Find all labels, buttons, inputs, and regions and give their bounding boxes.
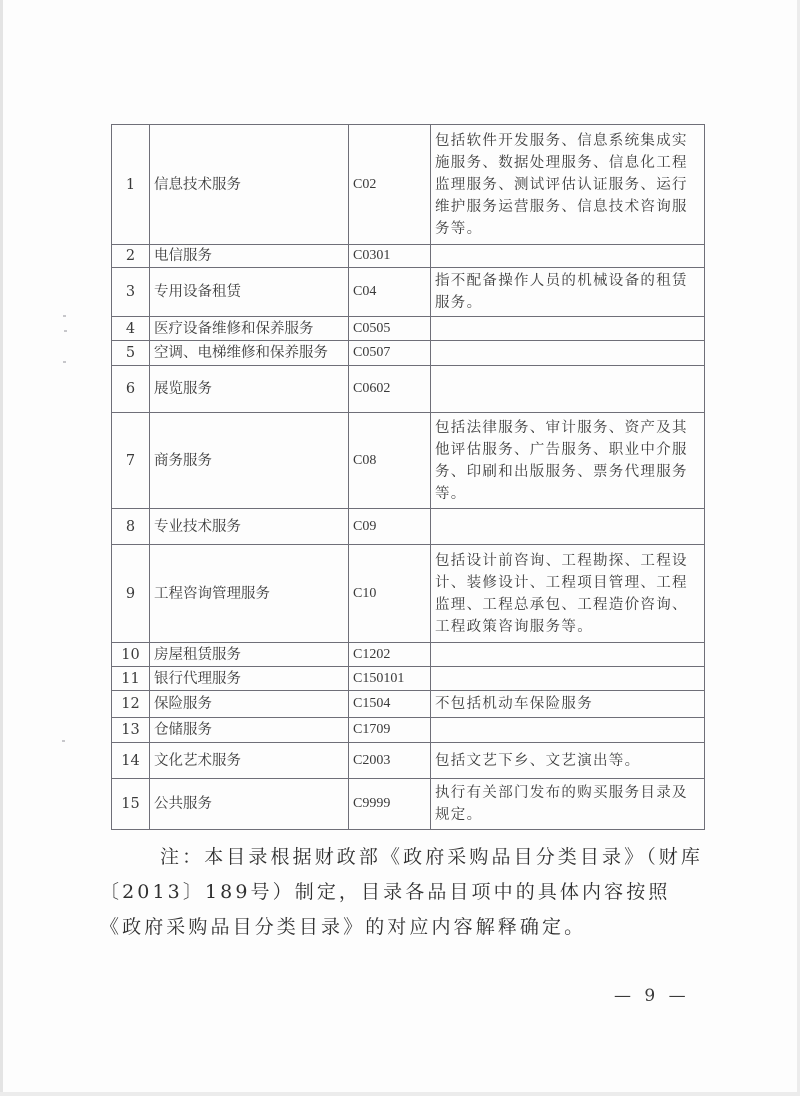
table-row: 7 商务服务 C08 包括法律服务、审计服务、资产及其他评估服务、广告服务、职业…	[112, 413, 705, 509]
row-number: 14	[112, 743, 150, 779]
item-description: 包括法律服务、审计服务、资产及其他评估服务、广告服务、职业中介服务、印刷和出版服…	[431, 413, 705, 509]
item-description: 包括软件开发服务、信息系统集成实施服务、数据处理服务、信息化工程监理服务、测试评…	[431, 125, 705, 245]
item-name: 保险服务	[150, 691, 349, 718]
item-name: 专用设备租赁	[150, 268, 349, 317]
table-row: 2 电信服务 C0301	[112, 245, 705, 268]
item-name: 电信服务	[150, 245, 349, 268]
item-description	[431, 366, 705, 413]
table-row: 3 专用设备租赁 C04 指不配备操作人员的机械设备的租赁服务。	[112, 268, 705, 317]
footnote-text: 注：本目录根据财政部《政府采购品目分类目录》（财库〔2013〕189号）制定，目…	[100, 846, 703, 938]
service-catalog-table: 1 信息技术服务 C02 包括软件开发服务、信息系统集成实施服务、数据处理服务、…	[111, 124, 705, 830]
row-number: 6	[112, 366, 150, 413]
scan-speck	[64, 330, 67, 332]
table-row: 12 保险服务 C1504 不包括机动车保险服务	[112, 691, 705, 718]
item-name: 银行代理服务	[150, 667, 349, 691]
table-row: 6 展览服务 C0602	[112, 366, 705, 413]
scan-edge-left	[0, 0, 3, 1096]
table-row: 13 仓储服务 C1709	[112, 718, 705, 743]
table-row: 15 公共服务 C9999 执行有关部门发布的购买服务目录及规定。	[112, 779, 705, 830]
row-number: 11	[112, 667, 150, 691]
item-code: C04	[349, 268, 431, 317]
row-number: 15	[112, 779, 150, 830]
row-number: 7	[112, 413, 150, 509]
item-name: 信息技术服务	[150, 125, 349, 245]
row-number: 4	[112, 317, 150, 341]
item-description: 执行有关部门发布的购买服务目录及规定。	[431, 779, 705, 830]
item-name: 空调、电梯维修和保养服务	[150, 341, 349, 366]
item-description	[431, 667, 705, 691]
item-code: C1504	[349, 691, 431, 718]
item-name: 公共服务	[150, 779, 349, 830]
table-row: 4 医疗设备维修和保养服务 C0505	[112, 317, 705, 341]
item-description	[431, 643, 705, 667]
item-name: 仓储服务	[150, 718, 349, 743]
row-number: 2	[112, 245, 150, 268]
footnote: 注：本目录根据财政部《政府采购品目分类目录》（财库〔2013〕189号）制定，目…	[100, 840, 704, 945]
item-description: 包括文艺下乡、文艺演出等。	[431, 743, 705, 779]
item-code: C0602	[349, 366, 431, 413]
item-name: 房屋租赁服务	[150, 643, 349, 667]
table-row: 11 银行代理服务 C150101	[112, 667, 705, 691]
table-row: 14 文化艺术服务 C2003 包括文艺下乡、文艺演出等。	[112, 743, 705, 779]
row-number: 13	[112, 718, 150, 743]
item-code: C0301	[349, 245, 431, 268]
item-description: 不包括机动车保险服务	[431, 691, 705, 718]
item-code: C0507	[349, 341, 431, 366]
scan-speck	[63, 361, 66, 363]
row-number: 8	[112, 509, 150, 545]
table-row: 10 房屋租赁服务 C1202	[112, 643, 705, 667]
item-name: 商务服务	[150, 413, 349, 509]
page-number: — 9 —	[614, 986, 690, 1006]
item-name: 专业技术服务	[150, 509, 349, 545]
item-code: C2003	[349, 743, 431, 779]
item-code: C9999	[349, 779, 431, 830]
item-name: 工程咨询管理服务	[150, 545, 349, 643]
item-name: 医疗设备维修和保养服务	[150, 317, 349, 341]
item-description	[431, 341, 705, 366]
item-description	[431, 245, 705, 268]
item-code: C10	[349, 545, 431, 643]
item-description	[431, 509, 705, 545]
row-number: 9	[112, 545, 150, 643]
item-code: C0505	[349, 317, 431, 341]
table-row: 1 信息技术服务 C02 包括软件开发服务、信息系统集成实施服务、数据处理服务、…	[112, 125, 705, 245]
item-code: C1202	[349, 643, 431, 667]
item-code: C1709	[349, 718, 431, 743]
row-number: 10	[112, 643, 150, 667]
item-code: C08	[349, 413, 431, 509]
scan-edge-bottom	[0, 1092, 800, 1096]
item-description: 包括设计前咨询、工程勘探、工程设计、装修设计、工程项目管理、工程监理、工程总承包…	[431, 545, 705, 643]
scan-speck	[62, 740, 65, 742]
item-code: C150101	[349, 667, 431, 691]
row-number: 5	[112, 341, 150, 366]
item-name: 展览服务	[150, 366, 349, 413]
item-code: C09	[349, 509, 431, 545]
table-row: 8 专业技术服务 C09	[112, 509, 705, 545]
row-number: 1	[112, 125, 150, 245]
item-code: C02	[349, 125, 431, 245]
scan-speck	[63, 315, 66, 317]
item-description	[431, 317, 705, 341]
item-name: 文化艺术服务	[150, 743, 349, 779]
item-description	[431, 718, 705, 743]
row-number: 3	[112, 268, 150, 317]
row-number: 12	[112, 691, 150, 718]
table-row: 9 工程咨询管理服务 C10 包括设计前咨询、工程勘探、工程设计、装修设计、工程…	[112, 545, 705, 643]
table-row: 5 空调、电梯维修和保养服务 C0507	[112, 341, 705, 366]
item-description: 指不配备操作人员的机械设备的租赁服务。	[431, 268, 705, 317]
